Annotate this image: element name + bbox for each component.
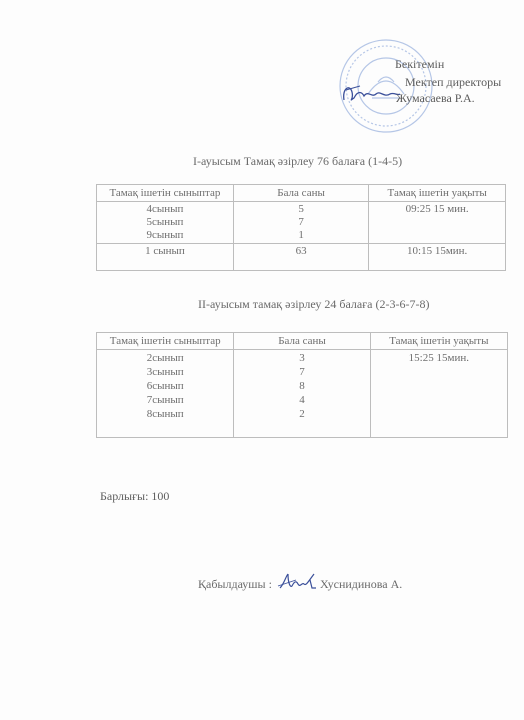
shift1-title: І-ауысым Тамақ әзірлеу 76 балаға (1-4-5) [193, 154, 402, 169]
receiver-name: Хуснидинова А. [320, 577, 402, 592]
child-count: 5 [234, 203, 369, 216]
counts-cell: 63 [233, 244, 369, 271]
shift1-table: Тамақ ішетін сыныптар Бала саны Тамақ іш… [96, 184, 506, 271]
receiver-label: Қабылдаушы : [198, 577, 272, 592]
column-header: Тамақ ішетін уақыты [370, 333, 507, 350]
counts-cell: 5 7 1 [233, 202, 369, 244]
class-name: 3сынып [97, 365, 233, 379]
meal-time: 10:15 15мин. [369, 245, 505, 258]
approval-director-name: Жумасаева Р.А. [396, 92, 475, 104]
class-name: 6сынып [97, 379, 233, 393]
approval-heading: Бекітемін [395, 58, 444, 70]
column-header: Тамақ ішетін сыныптар [97, 185, 234, 202]
time-cell: 10:15 15мин. [369, 244, 506, 271]
child-count: 3 [234, 351, 369, 365]
child-count: 7 [234, 365, 369, 379]
child-count: 63 [234, 245, 369, 258]
classes-cell: 2сынып 3сынып 6сынып 7сынып 8сынып [97, 350, 234, 438]
receiver-signature-icon [276, 570, 318, 594]
child-count: 4 [234, 393, 369, 407]
class-name: 4сынып [97, 203, 233, 216]
table-row: 4сынып 5сынып 9сынып 5 7 1 09:25 15 мин. [97, 202, 506, 244]
shift2-table: Тамақ ішетін сыныптар Бала саны Тамақ іш… [96, 332, 508, 438]
shift2-title: ІІ-ауысым тамақ әзірлеу 24 балаға (2-3-6… [198, 297, 429, 312]
child-count: 2 [234, 407, 369, 421]
director-signature-icon [340, 82, 402, 104]
class-name: 9сынып [97, 229, 233, 242]
time-cell: 09:25 15 мин. [369, 202, 506, 244]
class-name: 2сынып [97, 351, 233, 365]
table-header-row: Тамақ ішетін сыныптар Бала саны Тамақ іш… [97, 333, 508, 350]
total-count: Барлығы: 100 [100, 489, 169, 504]
column-header: Бала саны [234, 333, 370, 350]
classes-cell: 4сынып 5сынып 9сынып [97, 202, 234, 244]
column-header: Тамақ ішетін сыныптар [97, 333, 234, 350]
class-name: 5сынып [97, 216, 233, 229]
approval-position: Мектеп директоры [405, 76, 501, 88]
child-count: 1 [234, 229, 369, 242]
table-header-row: Тамақ ішетін сыныптар Бала саны Тамақ іш… [97, 185, 506, 202]
class-name: 1 сынып [97, 245, 233, 258]
meal-time: 09:25 15 мин. [369, 203, 505, 216]
column-header: Тамақ ішетін уақыты [369, 185, 506, 202]
time-cell: 15:25 15мин. [370, 350, 507, 438]
class-name: 7сынып [97, 393, 233, 407]
classes-cell: 1 сынып [97, 244, 234, 271]
counts-cell: 3 7 8 4 2 [234, 350, 370, 438]
column-header: Бала саны [233, 185, 369, 202]
meal-time: 15:25 15мин. [371, 351, 507, 365]
table-row: 2сынып 3сынып 6сынып 7сынып 8сынып 3 7 8… [97, 350, 508, 438]
child-count: 7 [234, 216, 369, 229]
class-name: 8сынып [97, 407, 233, 421]
child-count: 8 [234, 379, 369, 393]
table-row: 1 сынып 63 10:15 15мин. [97, 244, 506, 271]
